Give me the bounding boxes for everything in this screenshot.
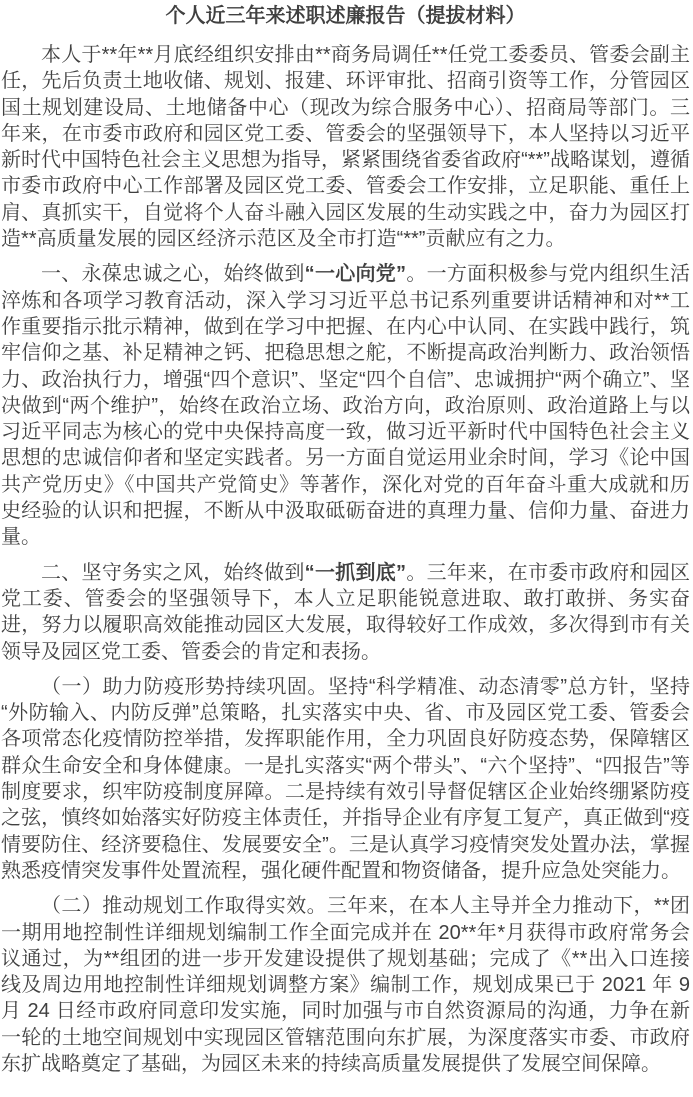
text-segment: 。一方面积极参与党内组织生活淬炼和各项学习教育活动，深入学习习近平总书记系列重要…: [1, 263, 690, 548]
document-title: 个人近三年来述职述廉报告（提拔材料）: [1, 3, 690, 29]
emphasized-text: “一心向党”: [305, 263, 406, 285]
emphasized-text: “一抓到底”: [305, 562, 406, 584]
text-segment: 一、永葆忠诚之心，始终做到: [41, 263, 305, 285]
paragraph: 本人于**年**月底经组织安排由**商务局调任**任党工委委员、管委会副主任，先…: [1, 42, 690, 252]
document-page: 个人近三年来述职述廉报告（提拔材料） 本人于**年**月底经组织安排由**商务局…: [0, 0, 691, 1077]
paragraph: （二）推动规划工作取得实效。三年来，在本人主导并全力推动下，**团一期用地控制性…: [1, 893, 690, 1077]
text-segment: （二）推动规划工作取得实效。三年来，在本人主导并全力推动下，**团一期用地控制性…: [1, 895, 690, 1075]
text-segment: （一）助力防疫形势持续巩固。坚持“科学精准、动态清零”总方针，坚持“外防输入、内…: [1, 676, 690, 882]
text-segment: 本人于**年**月底经组织安排由**商务局调任**任党工委委员、管委会副主任，先…: [1, 44, 690, 250]
document-body: 本人于**年**月底经组织安排由**商务局调任**任党工委委员、管委会副主任，先…: [1, 42, 690, 1077]
paragraph: 二、坚守务实之风，始终做到“一抓到底”。三年来，在市委市政府和园区党工委、管委会…: [1, 560, 690, 665]
text-segment: 二、坚守务实之风，始终做到: [41, 562, 305, 584]
paragraph: （一）助力防疫形势持续巩固。坚持“科学精准、动态清零”总方针，坚持“外防输入、内…: [1, 674, 690, 884]
paragraph: 一、永葆忠诚之心，始终做到“一心向党”。一方面积极参与党内组织生活淬炼和各项学习…: [1, 261, 690, 550]
